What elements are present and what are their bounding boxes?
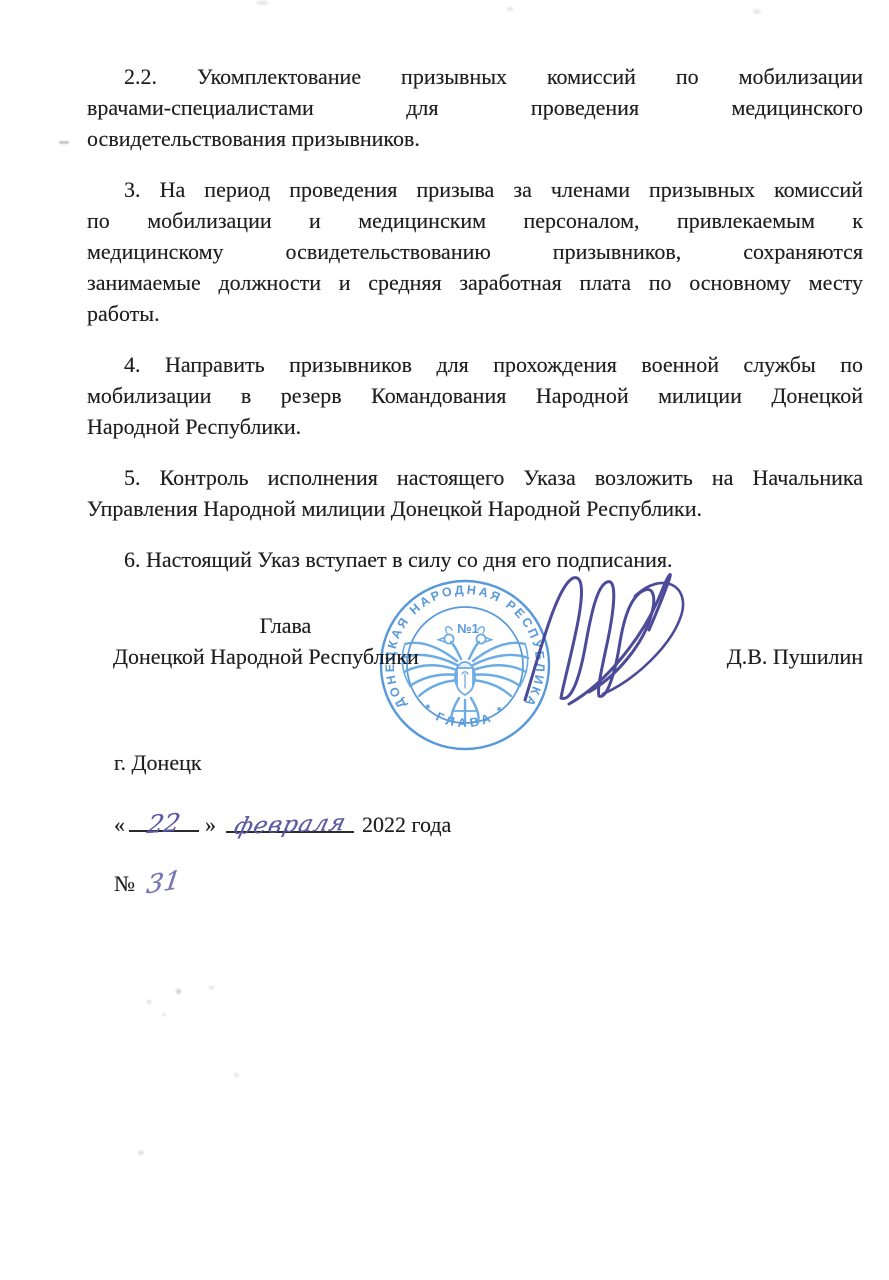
text-line: по мобилизации и медицинским персоналом,… (87, 205, 863, 236)
paragraph-4: 4. Направить призывников для прохождения… (87, 349, 863, 442)
scan-artifact (507, 7, 513, 11)
scan-artifact (138, 1151, 144, 1155)
text-line: Народной Республики. (87, 411, 863, 442)
decree-body: 2.2. Укомплектование призывных комиссий … (0, 0, 889, 899)
paragraph-6: 6. Настоящий Указ вступает в силу со дня… (87, 544, 863, 575)
day-blank: 22 (129, 808, 199, 832)
handwritten-signature (505, 552, 705, 717)
scan-artifact (147, 1000, 151, 1004)
text-line: 6. Настоящий Указ вступает в силу со дня… (87, 544, 863, 575)
number-line: №31 (114, 868, 863, 899)
scan-artifact (753, 9, 761, 14)
text-line: Управления Народной милиции Донецкой Нар… (87, 493, 863, 524)
signer-title-line2: Донецкой Народной Республики (113, 641, 419, 672)
month-blank: февраля (226, 809, 354, 833)
document-page: 2.2. Укомплектование призывных комиссий … (0, 0, 889, 1280)
scan-artifact (162, 1013, 166, 1016)
paragraph-2-2: 2.2. Укомплектование призывных комиссий … (87, 61, 863, 154)
year-text: 2022 года (362, 812, 451, 837)
paragraph-5: 5. Контроль исполнения настоящего Указа … (87, 462, 863, 524)
text-line: врачами-специалистами для проведения мед… (87, 92, 863, 123)
text-line: 4. Направить призывников для прохождения… (87, 349, 863, 380)
paragraph-3: 3. На период проведения призыва за члена… (87, 174, 863, 329)
text-line: занимаемые должности и средняя заработна… (87, 267, 863, 298)
text-line: мобилизации в резерв Командования Народн… (87, 380, 863, 411)
date-line: «22»февраля2022 года (114, 808, 863, 840)
quote-open: « (114, 812, 125, 837)
text-line: освидетельствования призывников. (87, 123, 863, 154)
text-line: 2.2. Укомплектование призывных комиссий … (87, 61, 863, 92)
text-line: 5. Контроль исполнения настоящего Указа … (87, 462, 863, 493)
scan-artifact (256, 1, 268, 5)
quote-close: » (205, 812, 216, 837)
text-line: медицинскому освидетельствованию призывн… (87, 236, 863, 267)
stamp-number: №1 (457, 621, 479, 636)
document-footer: г. Донецк «22»февраля2022 года №31 (114, 747, 863, 899)
text-line: работы. (87, 298, 863, 329)
scan-artifact (209, 986, 214, 989)
number-label: № (114, 871, 135, 896)
scan-artifact (176, 989, 181, 994)
signer-name: Д.В. Пушилин (727, 641, 863, 672)
handwritten-day: 22 (145, 807, 183, 840)
text-line: 3. На период проведения призыва за члена… (87, 174, 863, 205)
scan-artifact (234, 1073, 239, 1077)
scan-artifact (59, 141, 69, 144)
handwritten-number: 31 (144, 866, 182, 902)
handwritten-month: февраля (230, 808, 349, 843)
